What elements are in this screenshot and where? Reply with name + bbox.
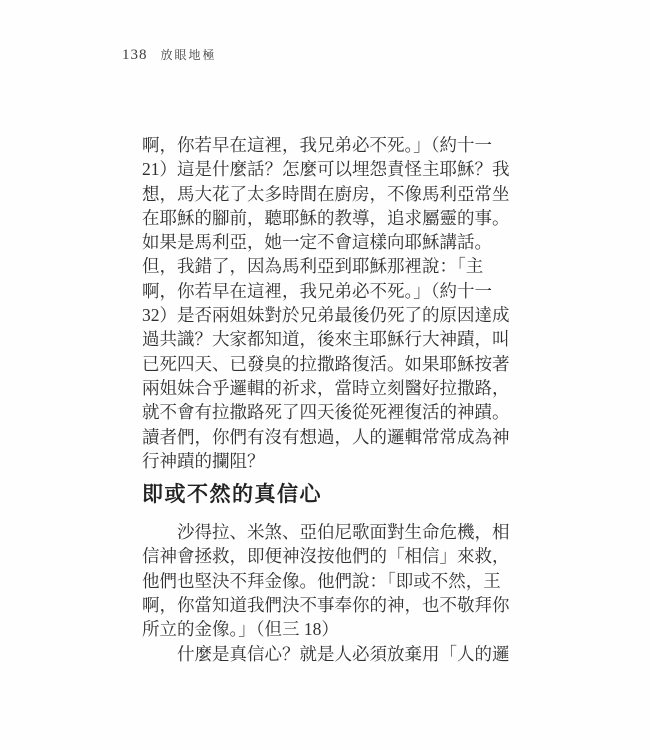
text-line: 啊，你若早在這裡，我兄弟必不死。」（約十一 — [142, 279, 526, 303]
paragraph-continuation: 啊，你若早在這裡，我兄弟必不死。」（約十一21）這是什麼話？怎麼可以埋怨責怪主耶… — [142, 133, 526, 473]
text-line: 行神蹟的攔阻？ — [142, 449, 526, 473]
text-line: 啊，你當知道我們決不事奉你的神，也不敬拜你 — [142, 593, 526, 617]
text-line: 什麼是真信心？就是人必須放棄用「人的邏 — [142, 642, 526, 666]
text-line: 兩姐妹合乎邏輯的祈求，當時立刻醫好拉撒路， — [142, 376, 526, 400]
paragraph-shadrach: 沙得拉、米煞、亞伯尼歌面對生命危機，相信神會拯救，即便神沒按他們的「相信」來救，… — [142, 520, 526, 641]
text-line: 讀者們，你們有沒有想過，人的邏輯常常成為神 — [142, 425, 526, 449]
book-page: 138 放眼地極 啊，你若早在這裡，我兄弟必不死。」（約十一21）這是什麼話？怎… — [0, 0, 650, 750]
book-title: 放眼地極 — [161, 46, 217, 63]
text-line: 啊，你若早在這裡，我兄弟必不死。」（約十一 — [142, 133, 526, 157]
text-line: 過共識？大家都知道，後來主耶穌行大神蹟，叫 — [142, 327, 526, 351]
text-line: 如果是馬利亞，她一定不會這樣向耶穌講話。 — [142, 230, 526, 254]
paragraph-true-faith: 什麼是真信心？就是人必須放棄用「人的邏 — [142, 642, 526, 666]
text-line: 所立的金像。」（但三 18） — [142, 617, 526, 641]
text-line: 32）是否兩姐妹對於兄弟最後仍死了的原因達成 — [142, 303, 526, 327]
text-line: 沙得拉、米煞、亞伯尼歌面對生命危機，相 — [142, 520, 526, 544]
text-line: 想，馬大花了太多時間在廚房，不像馬利亞常坐 — [142, 182, 526, 206]
section-heading: 即或不然的真信心 — [142, 482, 526, 508]
text-line: 信神會拯救，即便神沒按他們的「相信」來救， — [142, 544, 526, 568]
text-line: 已死四天、已發臭的拉撒路復活。如果耶穌按著 — [142, 352, 526, 376]
page-number: 138 — [122, 47, 148, 64]
text-line: 在耶穌的腳前，聽耶穌的教導，追求屬靈的事。 — [142, 206, 526, 230]
text-line: 就不會有拉撒路死了四天後從死裡復活的神蹟。 — [142, 400, 526, 424]
text-column: 啊，你若早在這裡，我兄弟必不死。」（約十一21）這是什麼話？怎麼可以埋怨責怪主耶… — [142, 133, 526, 666]
text-line: 他們也堅決不拜金像。他們說：「即或不然，王 — [142, 569, 526, 593]
text-line: 但，我錯了，因為馬利亞到耶穌那裡說：「主 — [142, 254, 526, 278]
text-line: 21）這是什麼話？怎麼可以埋怨責怪主耶穌？我 — [142, 157, 526, 181]
running-header: 138 放眼地極 — [122, 46, 217, 64]
